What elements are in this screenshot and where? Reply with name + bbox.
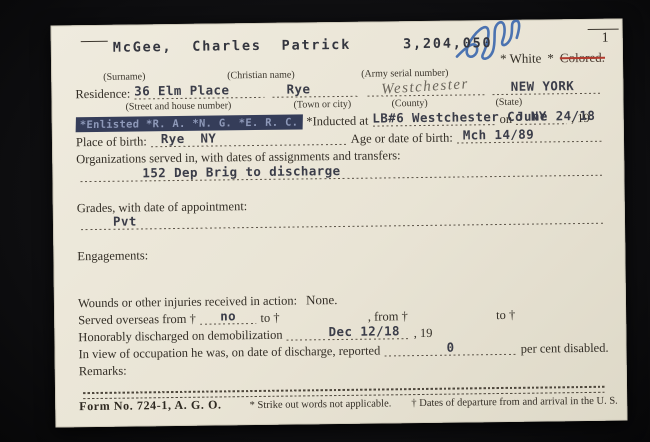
discharge-date-value: Dec 12/18 xyxy=(328,323,400,339)
disability-field: 0 xyxy=(384,339,517,357)
discharge-year-label: , 19 xyxy=(414,326,433,341)
dagger-note: † Dates of departure from and arrival in… xyxy=(411,396,618,410)
county-field: Westchester xyxy=(367,78,485,96)
induction-place-field: LB#6 Westchester Co NY xyxy=(372,109,495,127)
discharge-date-field: Dec 12/18 xyxy=(286,323,409,341)
overseas-from-label: Served overseas from † xyxy=(78,312,196,328)
residence-label: Residence: xyxy=(75,87,130,103)
birth-date-field: Mch 14/89 xyxy=(457,126,602,144)
street-field: 36 Elm Place xyxy=(134,82,265,100)
overseas-to1-label: to † xyxy=(260,311,279,326)
state-value: NEW YORK xyxy=(511,78,575,94)
induction-date-field: June 24/18 xyxy=(516,108,567,125)
state-label: (State) xyxy=(495,97,522,108)
overseas-from2-field xyxy=(412,321,492,322)
birth-place-value: Rye NY xyxy=(161,130,217,146)
disability-value: 0 xyxy=(446,340,454,355)
race-star: * xyxy=(547,50,554,66)
engagements-label: Engagements: xyxy=(77,248,148,264)
wounds-value: None. xyxy=(306,292,338,308)
form-number: Form No. 724-1, A. G. O. xyxy=(79,397,222,414)
county-handwritten-value: Westchester xyxy=(381,76,470,99)
age-or-dob-label: Age or date of birth: xyxy=(351,131,453,147)
inducted-at-label: *Inducted at xyxy=(306,114,368,130)
county-label: (County) xyxy=(391,98,427,109)
birth-date-value: Mch 14/89 xyxy=(463,127,535,143)
wounds-label: Wounds or other injuries received in act… xyxy=(78,294,297,312)
town-label: (Town or city) xyxy=(293,99,351,111)
grade-value: Pvt xyxy=(113,213,137,228)
overseas-to2-label: to † xyxy=(496,308,515,323)
remarks-label: Remarks: xyxy=(79,364,127,380)
organizations-value: 152 Dep Brig to discharge xyxy=(142,163,340,180)
race-colored-struck: Colored. xyxy=(560,50,605,67)
service-record-card: 1 McGee, Charles Patrick 3,204,050 * Whi… xyxy=(51,19,628,428)
discharge-label: Honorably discharged on demobilization xyxy=(78,328,282,345)
surname-label: (Surname) xyxy=(103,71,145,83)
soldier-name: McGee, Charles Patrick xyxy=(113,37,351,56)
street-value: 36 Elm Place xyxy=(134,82,229,98)
overseas-to2-field xyxy=(519,320,604,321)
strike-out-note: * Strike out words not applicable. xyxy=(250,398,392,411)
overseas-from-value: no xyxy=(220,308,236,323)
street-label: (Street and house number) xyxy=(126,100,232,112)
place-of-birth-label: Place of birth: xyxy=(76,134,147,150)
town-field: Rye xyxy=(272,81,359,98)
state-field: NEW YORK xyxy=(493,78,602,95)
induction-date-value: June 24/18 xyxy=(516,108,595,124)
disability-suffix-label: per cent disabled. xyxy=(521,341,609,357)
overseas-from-field: no xyxy=(200,308,257,325)
photo-background: 1 McGee, Charles Patrick 3,204,050 * Whi… xyxy=(0,0,650,442)
army-serial-number: 3,204,050 xyxy=(403,35,493,52)
birth-place-field: Rye NY xyxy=(151,129,347,147)
christian-name-label: (Christian name) xyxy=(227,70,295,82)
town-value: Rye xyxy=(286,81,310,96)
form-date-clipped: Nov. 22-1919 xyxy=(117,427,184,428)
